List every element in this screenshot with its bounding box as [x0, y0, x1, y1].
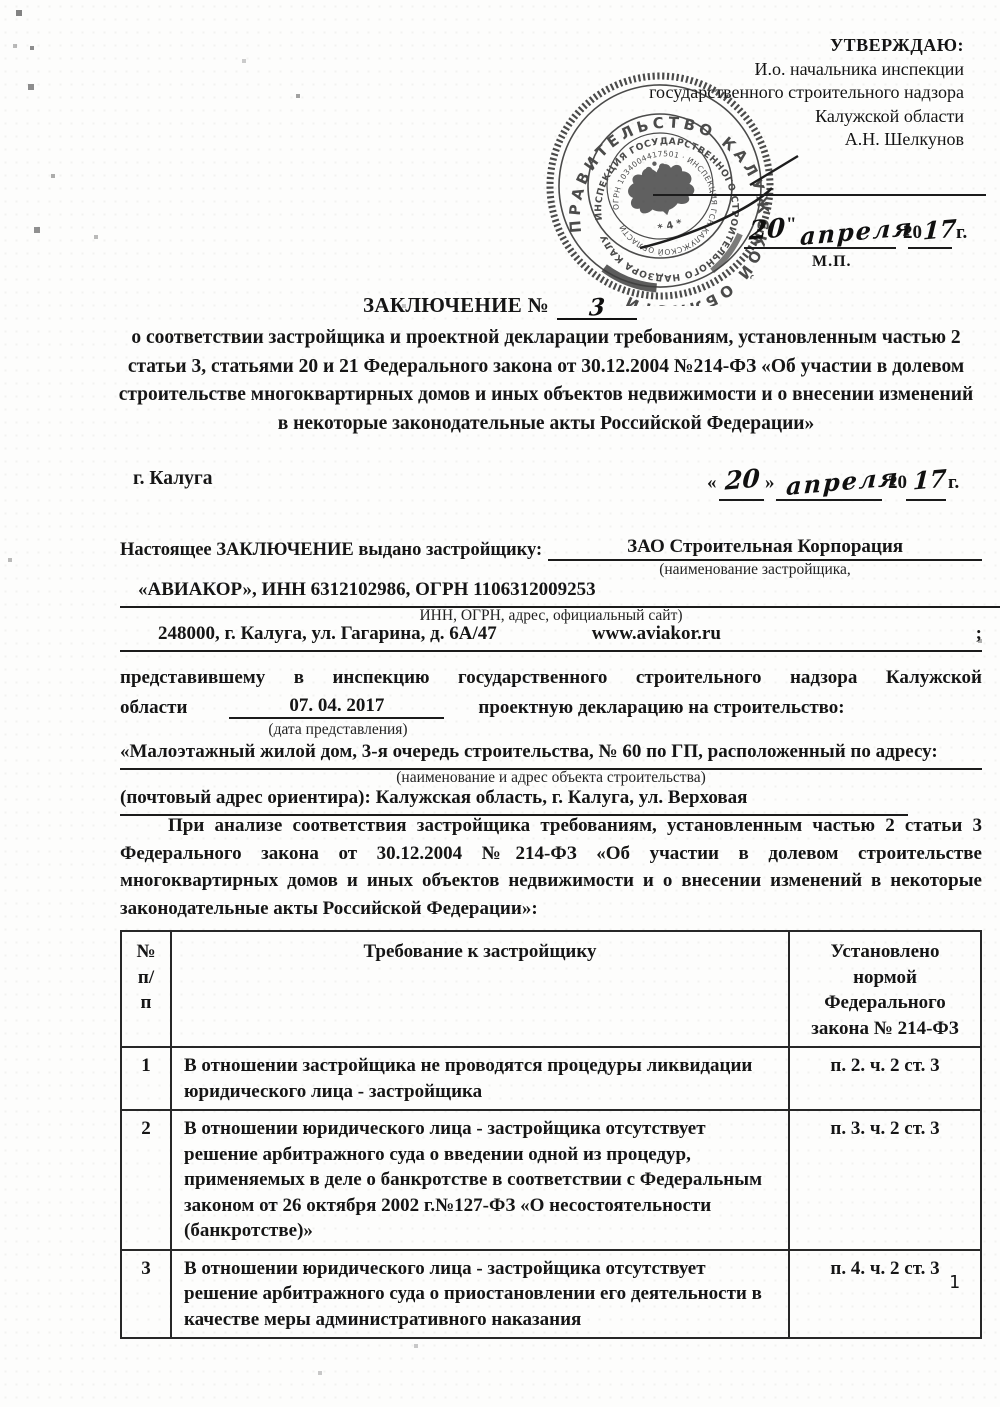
issued-to-label: Настоящее ЗАКЛЮЧЕНИЕ выдано застройщику: [120, 540, 542, 561]
table-row: 1 В отношении застройщика не проводятся … [121, 1047, 981, 1110]
handwritten-year: 17 [922, 213, 957, 245]
title-text: ЗАКЛЮЧЕНИЕ № [363, 293, 549, 317]
day-underline-2 [719, 499, 764, 501]
row-norm: п. 4. ч. 2 ст. 3 [789, 1250, 981, 1339]
quote-mark: " [786, 214, 797, 236]
row-requirement: В отношении юридического лица - застройщ… [171, 1110, 789, 1250]
month-underline-2 [776, 499, 882, 501]
row-norm: п. 3. ч. 2 ст. 3 [789, 1110, 981, 1250]
analysis-paragraph: При анализе соответствия застройщика тре… [120, 812, 982, 922]
year-suffix-2: г. [948, 472, 959, 494]
submission-paragraph-line1: представившему в инспекцию государственн… [120, 667, 982, 689]
document-subtitle: о соответствии застройщика и проектной д… [112, 324, 980, 438]
handwritten-document-number: 3 [588, 293, 606, 322]
col-header-norm: Установлено нормой Федерального закона №… [789, 931, 981, 1047]
date-underline [744, 247, 896, 249]
col-header-number: № п/п [121, 931, 171, 1047]
seal-place-label: М.П. [812, 253, 852, 271]
handwritten-day-2: 20 [724, 463, 760, 495]
year-prefix: 20 [903, 222, 922, 244]
submission-paragraph-end: проектную декларацию на строительство: [478, 697, 844, 719]
line-tail: ; [976, 623, 982, 650]
submission-date-caption: (дата представления) [228, 721, 448, 739]
scanned-document-page: УТВЕРЖДАЮ: И.о. начальника инспекции гос… [0, 0, 1000, 1407]
table-row: 2 В отношении юридического лица - застро… [121, 1110, 981, 1250]
row-number: 2 [121, 1110, 171, 1250]
developer-address: 248000, г. Калуга, ул. Гагарина, д. 6А/4… [120, 623, 497, 650]
handwritten-month-2: апреля [785, 462, 900, 501]
page-number: 1 [949, 1272, 960, 1293]
close-quote: » [765, 472, 775, 494]
row-requirement: В отношении юридического лица - застройщ… [171, 1250, 789, 1339]
issued-to-row: Настоящее ЗАКЛЮЧЕНИЕ выдано застройщику:… [120, 536, 982, 561]
approval-title: УТВЕРЖДАЮ: [649, 34, 964, 58]
table-row: 3 В отношении юридического лица - застро… [121, 1250, 981, 1339]
city-label: г. Калуга [133, 468, 213, 490]
row-number: 1 [121, 1047, 171, 1110]
open-quote: « [707, 472, 717, 494]
row-norm: п. 2. ч. 2 ст. 3 [789, 1047, 981, 1110]
row-requirement: В отношении застройщика не проводятся пр… [171, 1047, 789, 1110]
submission-date-value: 07. 04. 2017 [229, 695, 444, 719]
developer-name-value: ЗАО Строительная Корпорация [548, 536, 982, 561]
col-header-requirement: Требование к застройщику [171, 931, 789, 1047]
year-underline-2 [906, 499, 946, 501]
year-underline [908, 247, 952, 249]
developer-caption: (наименование застройщика, [540, 561, 970, 579]
developer-details-line: «АВИАКОР», ИНН 6312102986, ОГРН 11063120… [120, 579, 1000, 608]
signature-line [653, 194, 986, 196]
document-title: ЗАКЛЮЧЕНИЕ №3 [70, 291, 930, 320]
developer-address-line: 248000, г. Калуга, ул. Гагарина, д. 6А/4… [120, 623, 982, 652]
table-header-row: № п/п Требование к застройщику Установле… [121, 931, 981, 1047]
requirements-table: № п/п Требование к застройщику Установле… [120, 930, 982, 1339]
developer-website: www.aviakor.ru [592, 623, 721, 650]
object-caption: (наименование и адрес объекта строительс… [120, 769, 982, 787]
scan-noise [0, 0, 2, 2]
document-number-blank: 3 [557, 291, 637, 320]
year-suffix: г. [956, 222, 967, 244]
handwritten-day: 20 [748, 213, 786, 246]
handwritten-year-2: 17 [912, 463, 947, 495]
construction-object-line: «Малоэтажный жилой дом, 3-я очередь стро… [120, 741, 982, 770]
submission-paragraph-line2: области 07. 04. 2017 проектную деклараци… [120, 695, 982, 719]
row-number: 3 [121, 1250, 171, 1339]
year-prefix-2: 20 [888, 472, 907, 494]
submission-word: области [120, 697, 187, 719]
